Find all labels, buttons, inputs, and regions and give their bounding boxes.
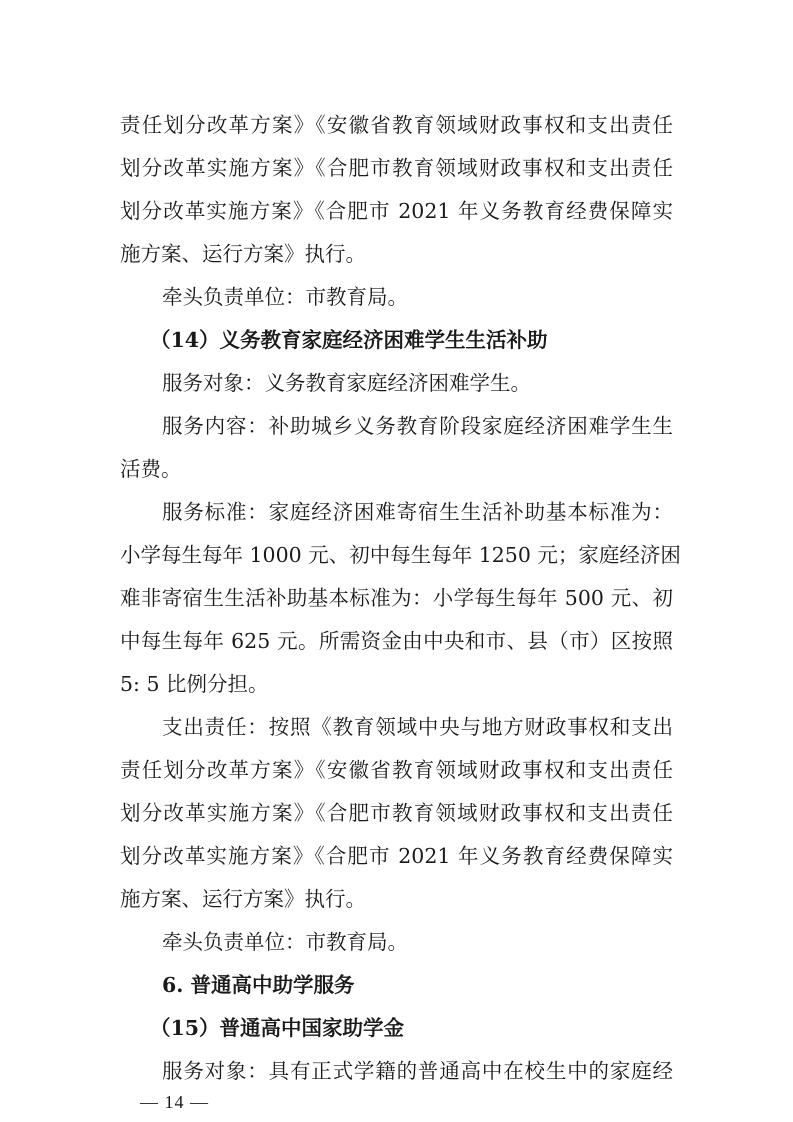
paragraph-line: 划分改革实施方案》《合肥市 2021 年义务教育经费保障实: [120, 196, 673, 226]
section-heading-15: （15）普通高中国家助学金: [150, 1013, 661, 1043]
paragraph-line: 中每生每年 625 元。所需资金由中央和市、县（市）区按照: [120, 626, 673, 656]
section-heading-6: 6. 普通高中助学服务: [162, 970, 673, 1000]
paragraph-line: 小学每生每年 1000 元、初中每生每年 1250 元；家庭经济困: [120, 540, 673, 570]
service-target-line: 服务对象：具有正式学籍的普通高中在校生中的家庭经: [162, 1056, 673, 1086]
paragraph-line: 难非寄宿生生活补助基本标准为：小学每生每年 500 元、初: [120, 583, 673, 613]
service-content-line: 服务内容：补助城乡义务教育阶段家庭经济困难学生生: [162, 411, 673, 441]
paragraph-line: 责任划分改革方案》《安徽省教育领域财政事权和支出责任: [120, 755, 673, 785]
paragraph-line: 划分改革实施方案》《合肥市教育领域财政事权和支出责任: [120, 153, 673, 183]
paragraph-line: 施方案、运行方案》执行。: [120, 239, 673, 269]
lead-unit-line: 牵头负责单位：市教育局。: [162, 927, 673, 957]
paragraph-line: 划分改革实施方案》《合肥市教育领域财政事权和支出责任: [120, 798, 673, 828]
section-heading-14: （14）义务教育家庭经济困难学生生活补助: [150, 325, 661, 355]
paragraph-line: 划分改革实施方案》《合肥市 2021 年义务教育经费保障实: [120, 841, 673, 871]
expenditure-responsibility-line: 支出责任：按照《教育领域中央与地方财政事权和支出: [162, 712, 673, 742]
service-target-line: 服务对象：义务教育家庭经济困难学生。: [162, 368, 673, 398]
service-standard-line: 服务标准：家庭经济困难寄宿生生活补助基本标准为：: [162, 497, 673, 527]
paragraph-line: 5: 5 比例分担。: [120, 669, 673, 699]
paragraph-line: 责任划分改革方案》《安徽省教育领域财政事权和支出责任: [120, 110, 673, 140]
document-page: 责任划分改革方案》《安徽省教育领域财政事权和支出责任 划分改革实施方案》《合肥市…: [0, 0, 793, 1122]
paragraph-line: 活费。: [120, 454, 673, 484]
lead-unit-line: 牵头负责单位：市教育局。: [162, 282, 673, 312]
page-number: — 14 —: [140, 1090, 209, 1114]
paragraph-line: 施方案、运行方案》执行。: [120, 884, 673, 914]
